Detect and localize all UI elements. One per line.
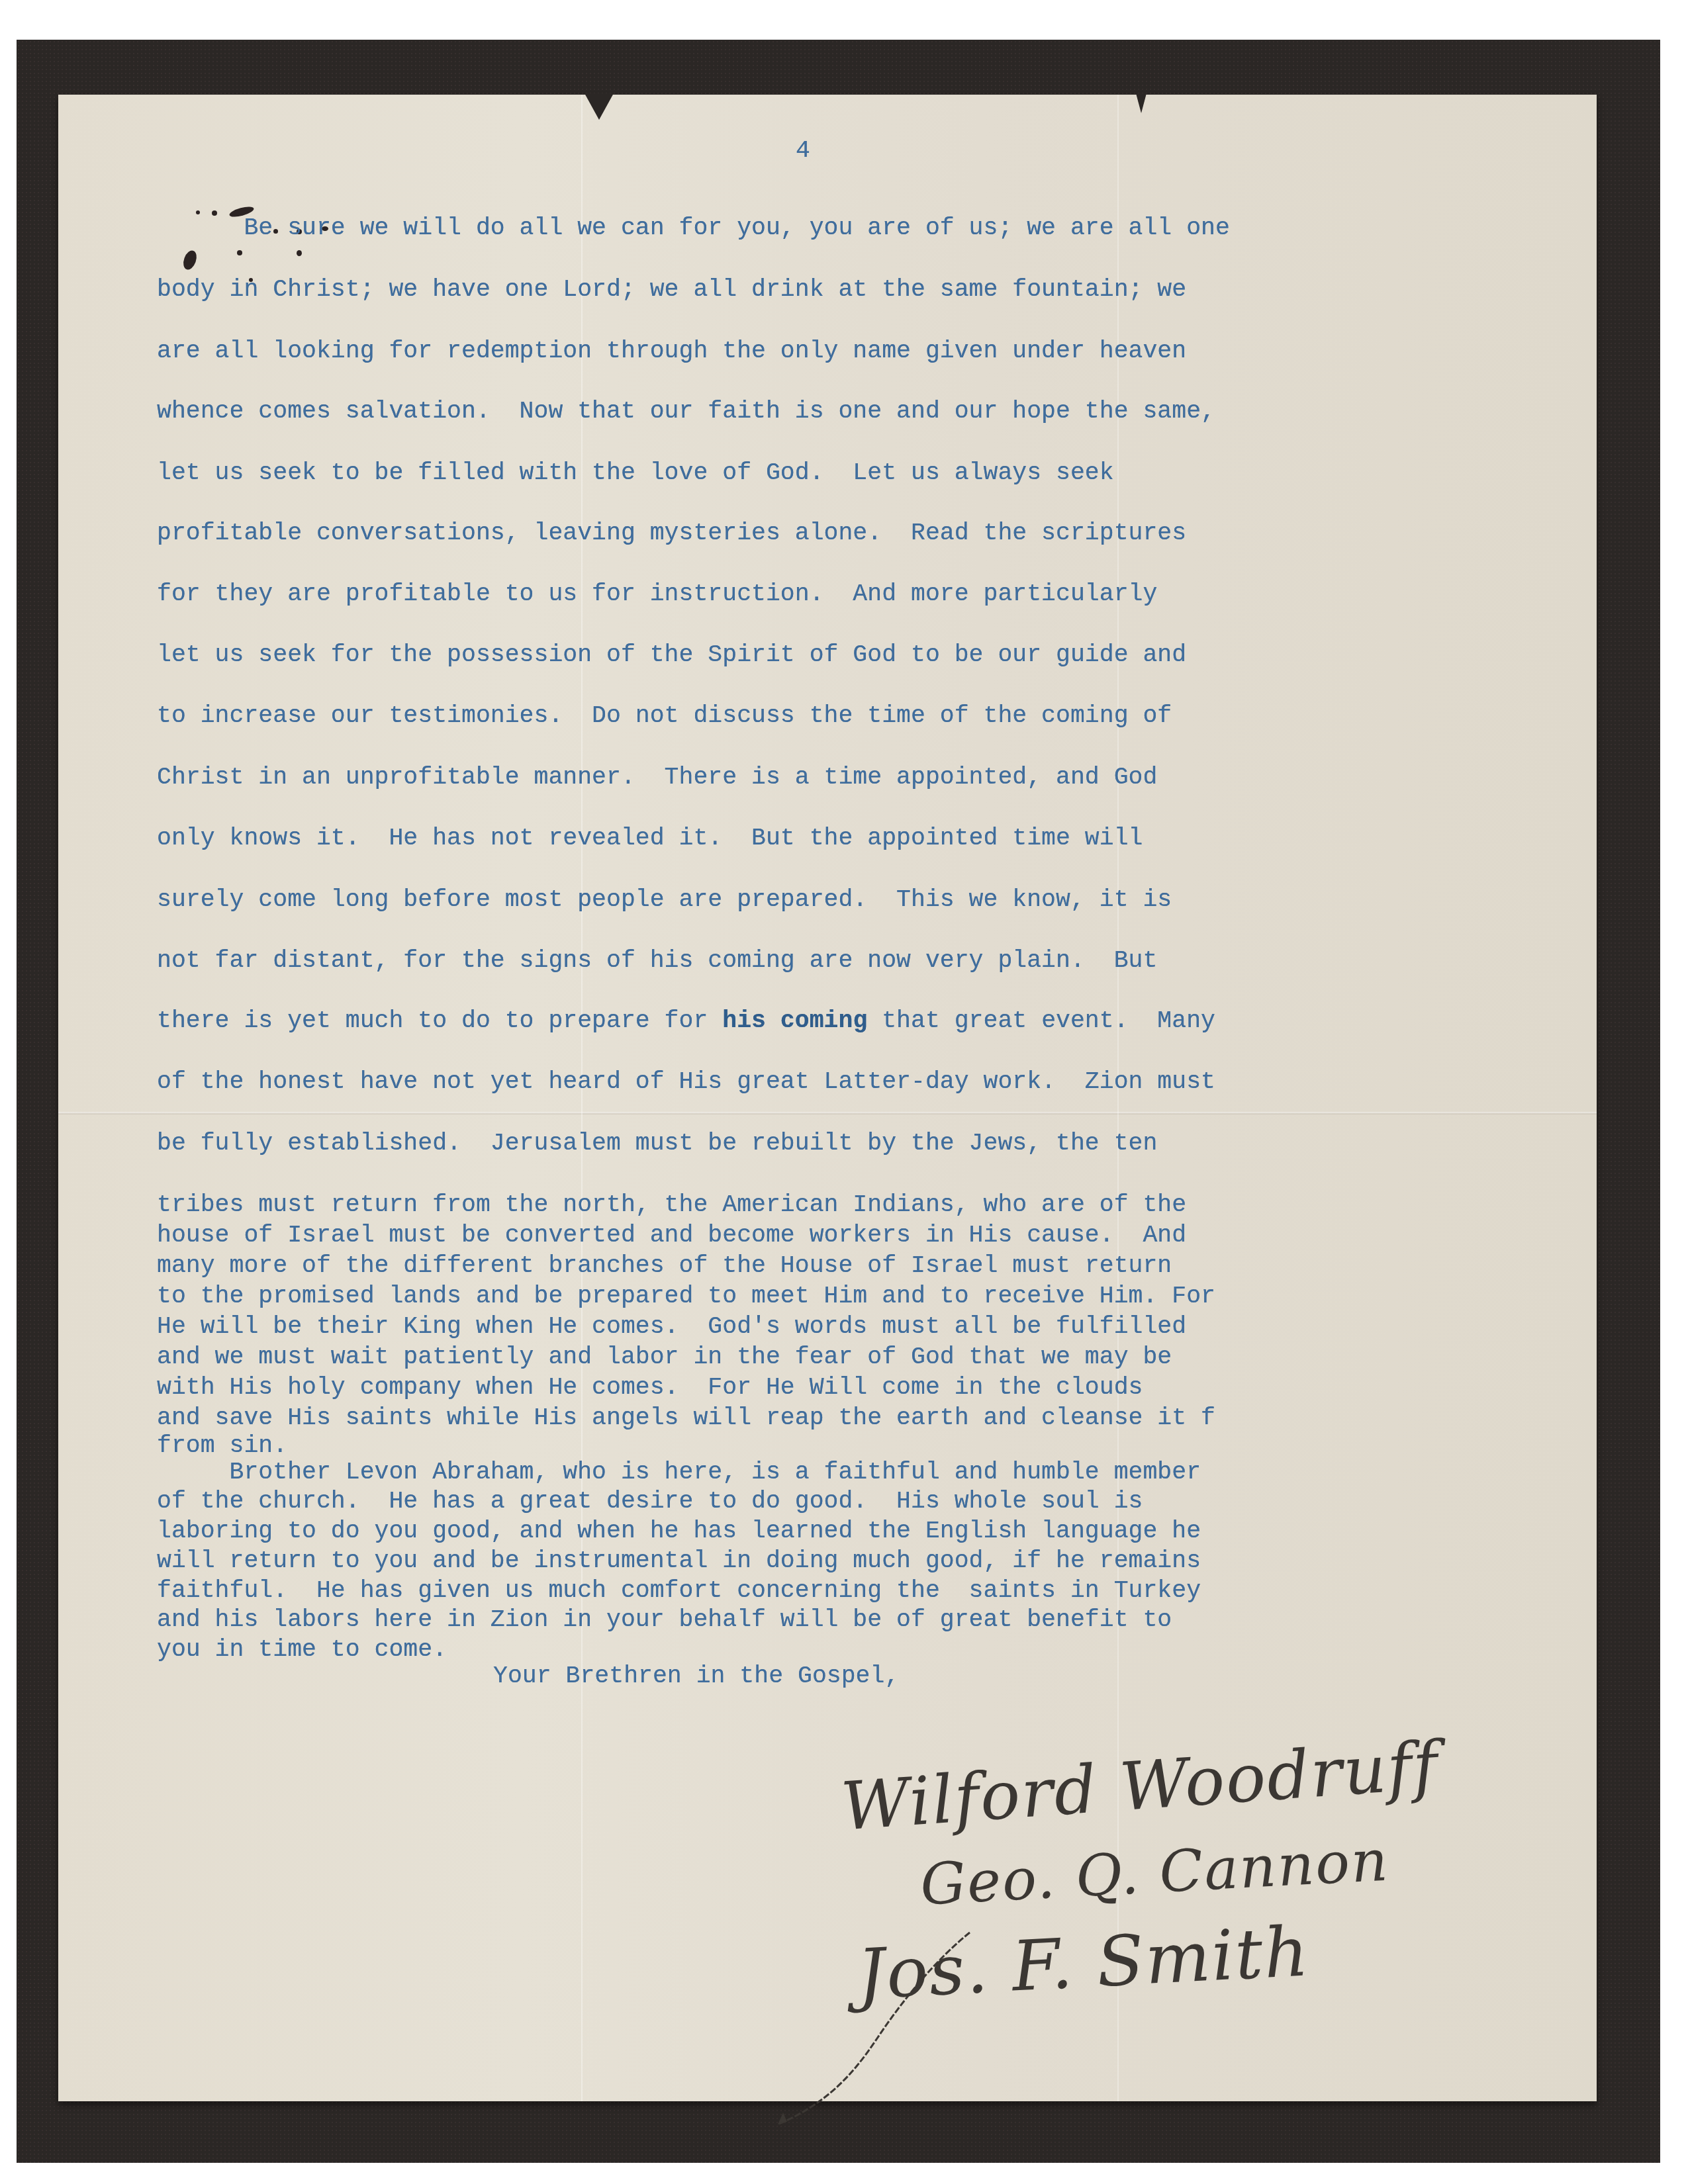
vertical-fold-crease	[581, 95, 583, 2101]
text-line: with His holy company when He comes. For…	[157, 1376, 1143, 1400]
text-line: Brother Levon Abraham, who is here, is a…	[157, 1461, 1201, 1485]
page-number: 4	[796, 139, 810, 163]
text-line: be fully established. Jerusalem must be …	[157, 1132, 1157, 1156]
text-segment: that great event. Many	[867, 1007, 1215, 1034]
text-line: will return to you and be instrumental i…	[157, 1549, 1201, 1574]
text-line: surely come long before most people are …	[157, 888, 1172, 913]
text-line: He will be their King when He comes. God…	[157, 1315, 1186, 1340]
text-line: laboring to do you good, and when he has…	[157, 1520, 1201, 1544]
text-line: let us seek to be filled with the love o…	[157, 461, 1114, 486]
text-line: you in time to come.	[157, 1638, 447, 1662]
text-segment: there is yet much to do to prepare for	[157, 1007, 722, 1034]
text-line: to the promised lands and be prepared to…	[157, 1285, 1215, 1309]
text-line: are all looking for redemption through t…	[157, 340, 1186, 364]
text-line: of the church. He has a great desire to …	[157, 1490, 1143, 1514]
text-line: body in Christ; we have one Lord; we all…	[157, 278, 1186, 302]
paper-tear-notch	[1136, 93, 1147, 113]
text-line: tribes must return from the north, the A…	[157, 1193, 1186, 1218]
paper-tear-notch	[585, 93, 614, 120]
text-line: Christ in an unprofitable manner. There …	[157, 766, 1157, 790]
text-line: and his labors here in Zion in your beha…	[157, 1608, 1172, 1633]
text-line: let us seek for the possession of the Sp…	[157, 643, 1186, 668]
text-line: to increase our testimonies. Do not disc…	[157, 704, 1172, 729]
text-line: and save His saints while His angels wil…	[157, 1406, 1215, 1431]
text-line: faithful. He has given us much comfort c…	[157, 1579, 1201, 1604]
horizontal-fold-crease	[58, 1112, 1597, 1115]
text-line: not far distant, for the signs of his co…	[157, 949, 1157, 974]
signature-flourish-icon	[771, 1919, 990, 2131]
text-line: Be sure we will do all we can for you, y…	[157, 216, 1230, 241]
text-line: whence comes salvation. Now that our fai…	[157, 400, 1215, 424]
text-line: for they are profitable to us for instru…	[157, 582, 1157, 607]
text-line: from sin.	[157, 1434, 287, 1459]
text-line: there is yet much to do to prepare for h…	[157, 1009, 1215, 1034]
text-line: only knows it. He has not revealed it. B…	[157, 827, 1143, 851]
struck-out-text: his coming	[722, 1007, 867, 1034]
text-line: many more of the different branches of t…	[157, 1254, 1172, 1279]
text-line: profitable conversations, leaving myster…	[157, 522, 1186, 546]
text-line: house of Israel must be converted and be…	[157, 1224, 1186, 1248]
closing-salutation: Your Brethren in the Gospel,	[493, 1664, 899, 1689]
text-line: of the honest have not yet heard of His …	[157, 1070, 1215, 1095]
text-line: and we must wait patiently and labor in …	[157, 1345, 1172, 1370]
